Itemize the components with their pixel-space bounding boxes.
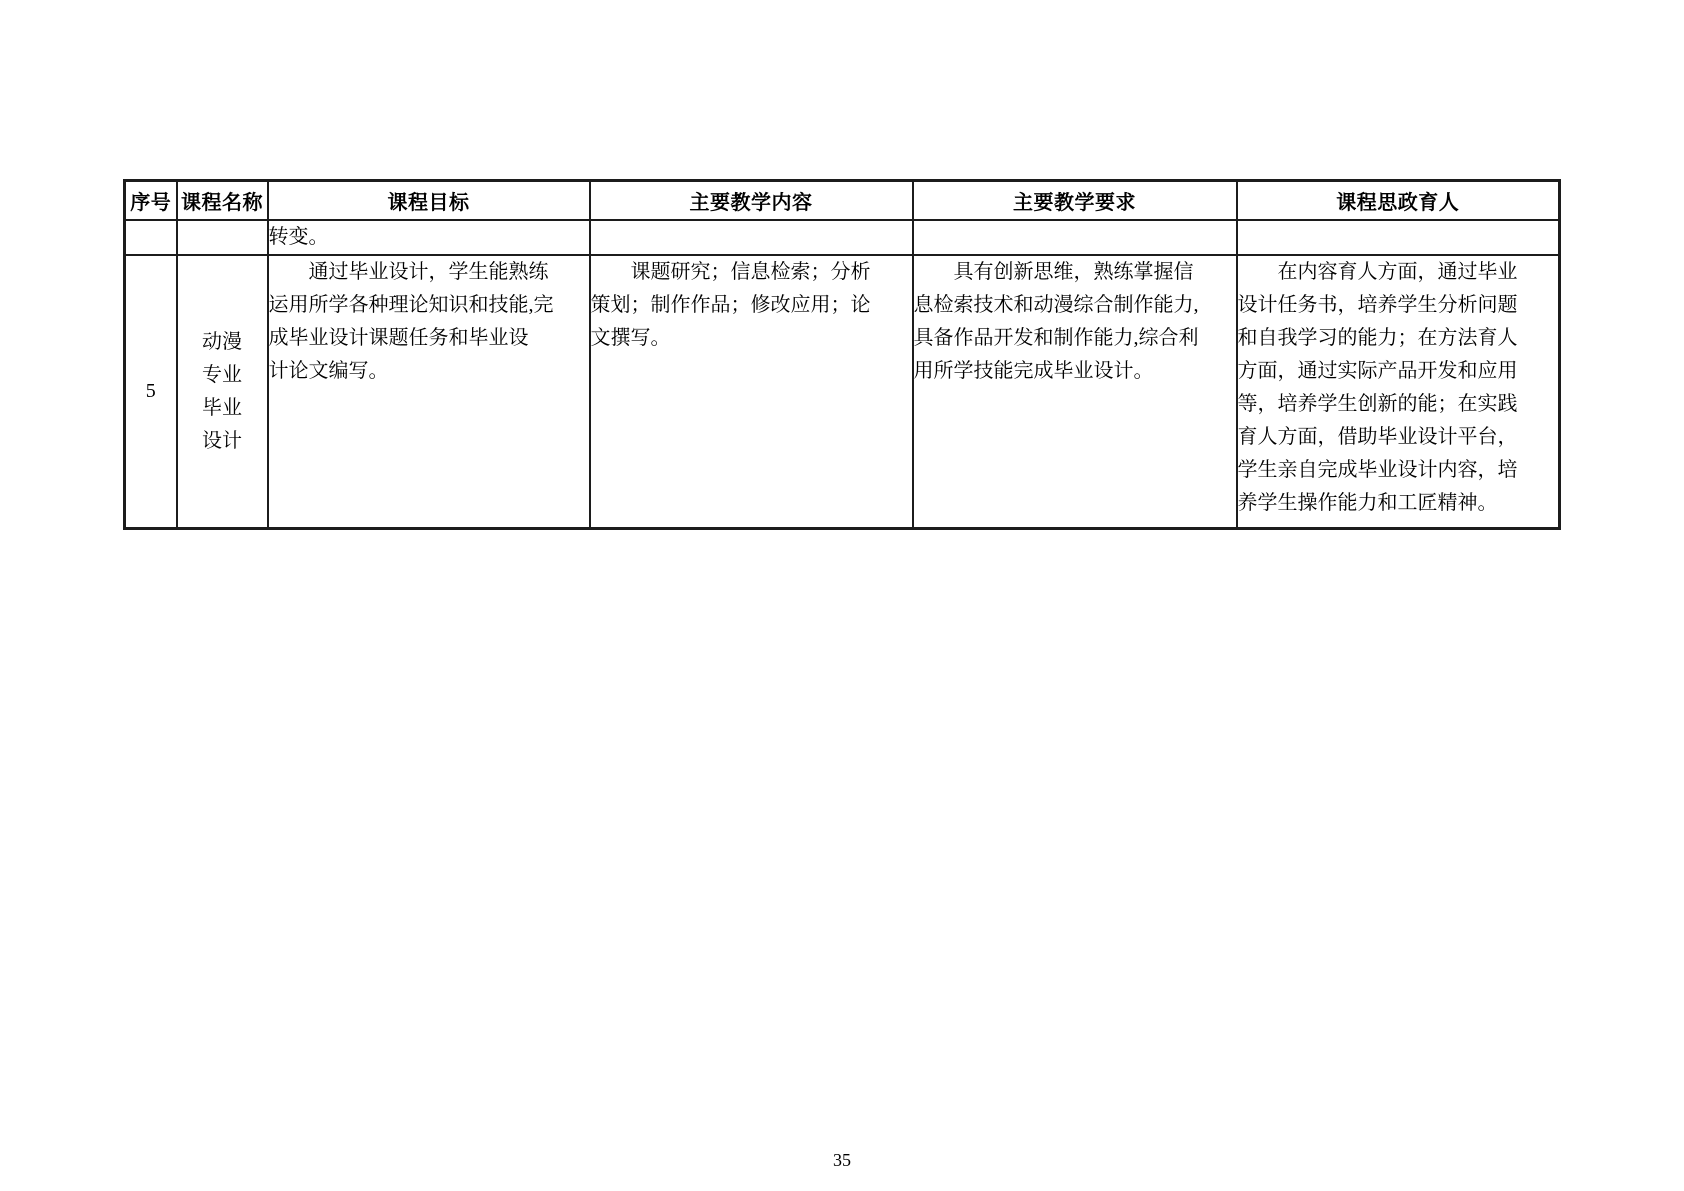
ideology-text: 在内容育人方面，通过毕业 设计任务书，培养学生分析问题 和自我学习的能力；在方法…: [1238, 261, 1518, 514]
requirement-text: 具有创新思维，熟练掌握信 息检索技术和动漫综合制作能力, 具备作品开发和制作能力…: [914, 261, 1199, 382]
cell-seq: 5: [125, 255, 177, 529]
col-header-requirement: 主要教学要求: [913, 181, 1237, 221]
col-header-seq: 序号: [125, 181, 177, 221]
carryover-row: 转变。: [125, 220, 1560, 255]
cell-objective: 通过毕业设计，学生能熟练 运用所学各种理论知识和技能,完 成毕业设计课题任务和毕…: [268, 255, 590, 529]
seq-number: 5: [146, 380, 156, 402]
carry-cell-content: [590, 220, 913, 255]
page-number: 35: [0, 1150, 1684, 1171]
carry-cell-requirement: [913, 220, 1237, 255]
col-header-content: 主要教学内容: [590, 181, 913, 221]
course-table: 序号 课程名称 课程目标 主要教学内容 主要教学要求 课程思政育人 转变。 5 …: [123, 179, 1561, 530]
document-page: 序号 课程名称 课程目标 主要教学内容 主要教学要求 课程思政育人 转变。 5 …: [0, 0, 1684, 1191]
table-header-row: 序号 课程名称 课程目标 主要教学内容 主要教学要求 课程思政育人: [125, 181, 1560, 221]
col-header-course-name: 课程名称: [177, 181, 268, 221]
carry-cell-seq: [125, 220, 177, 255]
cell-course-name: 动漫 专业 毕业 设计: [177, 255, 268, 529]
table-row: 5 动漫 专业 毕业 设计 通过毕业设计，学生能熟练 运用所学各种理论知识和技能…: [125, 255, 1560, 529]
cell-ideology: 在内容育人方面，通过毕业 设计任务书，培养学生分析问题 和自我学习的能力；在方法…: [1237, 255, 1560, 529]
course-name-text: 动漫 专业 毕业 设计: [202, 331, 242, 452]
content-text: 课题研究；信息检索；分析 策划；制作作品；修改应用；论 文撰写。: [591, 261, 871, 349]
col-header-objective: 课程目标: [268, 181, 590, 221]
cell-content: 课题研究；信息检索；分析 策划；制作作品；修改应用；论 文撰写。: [590, 255, 913, 529]
carryover-text: 转变。: [269, 226, 329, 248]
col-header-ideology: 课程思政育人: [1237, 181, 1560, 221]
carry-cell-course-name: [177, 220, 268, 255]
objective-text: 通过毕业设计，学生能熟练 运用所学各种理论知识和技能,完 成毕业设计课题任务和毕…: [269, 261, 554, 382]
carry-cell-ideology: [1237, 220, 1560, 255]
cell-requirement: 具有创新思维，熟练掌握信 息检索技术和动漫综合制作能力, 具备作品开发和制作能力…: [913, 255, 1237, 529]
carry-cell-objective: 转变。: [268, 220, 590, 255]
